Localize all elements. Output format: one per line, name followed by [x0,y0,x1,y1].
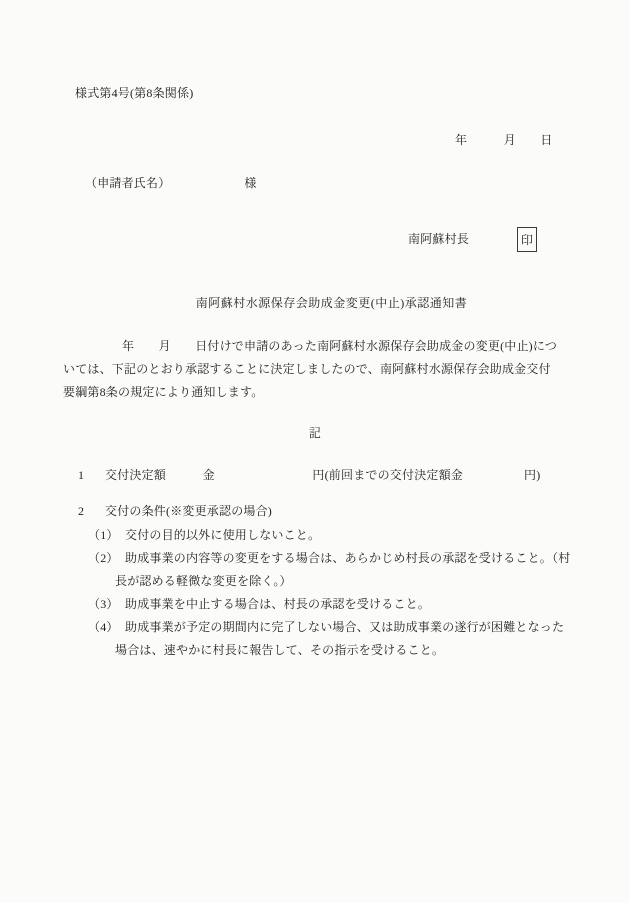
condition-item-1: （1）交付の目的以外に使用しないこと。 [88,524,580,547]
issuer-line: 南阿蘇村長 印 [408,227,537,252]
condition-label: （2） [88,547,125,570]
item-number: 1 [78,464,105,487]
form-number: 様式第4号(第8条関係) [75,82,193,105]
date-blank-line: 年 月 日 [455,129,553,152]
body-line-2: いては、下記のとおり承認することに決定しましたので、南阿蘇村水源保存会助成金交付 [63,358,569,381]
condition-label: （1） [88,524,125,547]
body-line-1: 年 月 日付けで申請のあった南阿蘇村水源保存会助成金の変更(中止)につ [63,335,569,358]
condition-item-4: （4）助成事業が予定の期間内に完了しない場合、又は助成事業の遂行が困難となった … [88,616,580,662]
document-title: 南阿蘇村水源保存会助成金変更(中止)承認通知書 [63,292,600,315]
condition-label: （3） [88,593,125,616]
conditions-heading: 2交付の条件(※変更承認の場合) [78,500,272,523]
decided-amount-line: 1交付決定額 金 円(前回までの交付決定額金 円) [78,464,540,487]
condition-label: （4） [88,616,125,639]
condition-text-continuation: 長が認める軽微な変更を除く。） [88,570,580,593]
condition-item-3: （3）助成事業を中止する場合は、村長の承認を受けること。 [88,593,580,616]
condition-text: 助成事業の内容等の変更をする場合は、あらかじめ村長の承認を受けること。（村 [125,551,570,565]
condition-text: 助成事業が予定の期間内に完了しない場合、又は助成事業の遂行が困難となった [125,620,564,634]
decided-amount-text: 交付決定額 金 円(前回までの交付決定額金 円) [105,468,540,482]
condition-text-continuation: 場合は、速やかに村長に報告して、その指示を受けること。 [88,639,580,662]
record-marker: 記 [63,422,567,445]
seal-character: 印 [521,234,533,246]
item-number: 2 [78,500,105,523]
conditions-list: （1）交付の目的以外に使用しないこと。 （2）助成事業の内容等の変更をする場合は… [88,524,580,662]
addressee-name-blank: （申請者氏名） [85,176,170,190]
document-page: 様式第4号(第8条関係) 年 月 日 （申請者氏名）様 南阿蘇村長 印 南阿蘇村… [0,0,630,903]
condition-item-2: （2）助成事業の内容等の変更をする場合は、あらかじめ村長の承認を受けること。（村… [88,547,580,593]
condition-text: 交付の目的以外に使用しないこと。 [125,528,320,542]
body-line-3: 要綱第8条の規定により通知します。 [63,381,569,404]
body-paragraph: 年 月 日付けで申請のあった南阿蘇村水源保存会助成金の変更(中止)につ いては、… [63,335,569,404]
issuer-name: 南阿蘇村長 [408,228,469,251]
conditions-heading-text: 交付の条件(※変更承認の場合) [105,504,272,518]
condition-text: 助成事業を中止する場合は、村長の承認を受けること。 [125,597,430,611]
addressee-line: （申請者氏名）様 [85,172,257,195]
addressee-honorific: 様 [244,176,256,190]
seal-stamp-box: 印 [517,227,537,252]
